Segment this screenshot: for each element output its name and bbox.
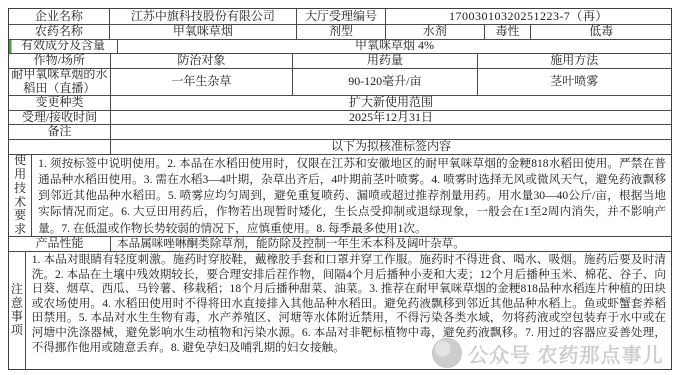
accept-time-label: 受理/接收时间 — [9, 111, 111, 125]
product-performance-text: 本品属咪唑啉酮类除草剂，能防除及控制一年生禾本科及阔叶杂草。 — [111, 237, 671, 251]
empty-cell — [9, 140, 111, 154]
dosage-header: 用药量 — [293, 54, 477, 68]
formulation-label: 剂型 — [297, 25, 386, 39]
tech-requirements-row: 使用技术要求 1. 须按标签中说明使用。2. 本品在水稻田使用时，仅限在江苏和安… — [9, 155, 671, 237]
table-row: 农药名称 甲氧咪草烟 剂型 水剂 毒性 低毒 — [9, 25, 671, 40]
pesticide-name-value: 甲氧咪草烟 — [110, 25, 297, 39]
pesticide-name-label: 农药名称 — [9, 25, 110, 39]
crop-site-value: 耐甲氧咪草烟的水稻田（直播） — [9, 69, 111, 95]
application-method-value: 茎叶喷雾 — [478, 69, 671, 95]
change-type-label: 变更种类 — [9, 96, 111, 110]
crop-site-text: 耐甲氧咪草烟的水稻田（直播） — [9, 69, 110, 95]
toxicity-value: 低毒 — [531, 25, 671, 39]
control-target-header: 防治对象 — [111, 54, 293, 68]
usage-data-row: 耐甲氧咪草烟的水稻田（直播） 一年生杂草 90-120毫升/亩 茎叶喷雾 — [9, 69, 671, 96]
remark-value — [111, 125, 671, 139]
acceptance-number-value: 17003010320251223-7（再） — [386, 9, 671, 24]
control-target-value: 一年生杂草 — [111, 69, 293, 95]
tech-requirements-label: 使用技术要求 — [9, 155, 32, 236]
registration-document-page: 企业名称 江苏中旗科技股份有限公司 大厅受理编号 170030103202512… — [0, 0, 680, 375]
table-row: 有效成分及含量 甲氧咪草烟 4% — [9, 40, 671, 54]
company-name-label: 企业名称 — [9, 9, 110, 24]
application-method-header: 施用方法 — [478, 54, 671, 68]
change-type-value: 扩大新使用范围 — [111, 96, 671, 110]
company-name-value: 江苏中旗科技股份有限公司 — [110, 9, 297, 24]
table-row: 备注 — [9, 125, 671, 140]
table-row: 企业名称 江苏中旗科技股份有限公司 大厅受理编号 170030103202512… — [9, 9, 671, 25]
table-row: 受理/接收时间 2025年12月31日 — [9, 111, 671, 126]
product-performance-row: 产品性能 本品属咪唑啉酮类除草剂，能防除及控制一年生禾本科及阔叶杂草。 — [9, 237, 671, 252]
crop-site-header: 作物/场所 — [9, 54, 111, 68]
pesticide-registration-table: 企业名称 江苏中旗科技股份有限公司 大厅受理编号 170030103202512… — [8, 8, 672, 370]
active-ingredient-label: 有效成分及含量 — [9, 40, 118, 53]
formulation-value: 水剂 — [386, 25, 485, 39]
acceptance-number-label: 大厅受理编号 — [297, 9, 386, 24]
tech-requirements-text: 1. 须按标签中说明使用。2. 本品在水稻田使用时，仅限在江苏和安徽地区的耐甲氧… — [32, 155, 671, 236]
section-header-row: 以下为拟核准标签内容 — [9, 140, 671, 155]
accept-time-value: 2025年12月31日 — [111, 111, 671, 125]
remark-label: 备注 — [9, 125, 111, 139]
table-row: 变更种类 扩大新使用范围 — [9, 96, 671, 111]
toxicity-label: 毒性 — [485, 25, 532, 39]
precautions-row: 注意事项 1. 本品对眼睛有轻度刺激。施药时穿胶鞋，戴橡胶手套和口罩并穿工作服。… — [9, 252, 671, 369]
section-header-text: 以下为拟核准标签内容 — [111, 140, 671, 154]
product-performance-label: 产品性能 — [9, 237, 111, 251]
precautions-label: 注意事项 — [9, 252, 26, 369]
active-ingredient-value: 甲氧咪草烟 4% — [118, 40, 671, 53]
usage-header-row: 作物/场所 防治对象 用药量 施用方法 — [9, 54, 671, 69]
precautions-text: 1. 本品对眼睛有轻度刺激。施药时穿胶鞋，戴橡胶手套和口罩并穿工作服。施药时不得… — [26, 252, 671, 369]
dosage-value: 90-120毫升/亩 — [293, 69, 477, 95]
